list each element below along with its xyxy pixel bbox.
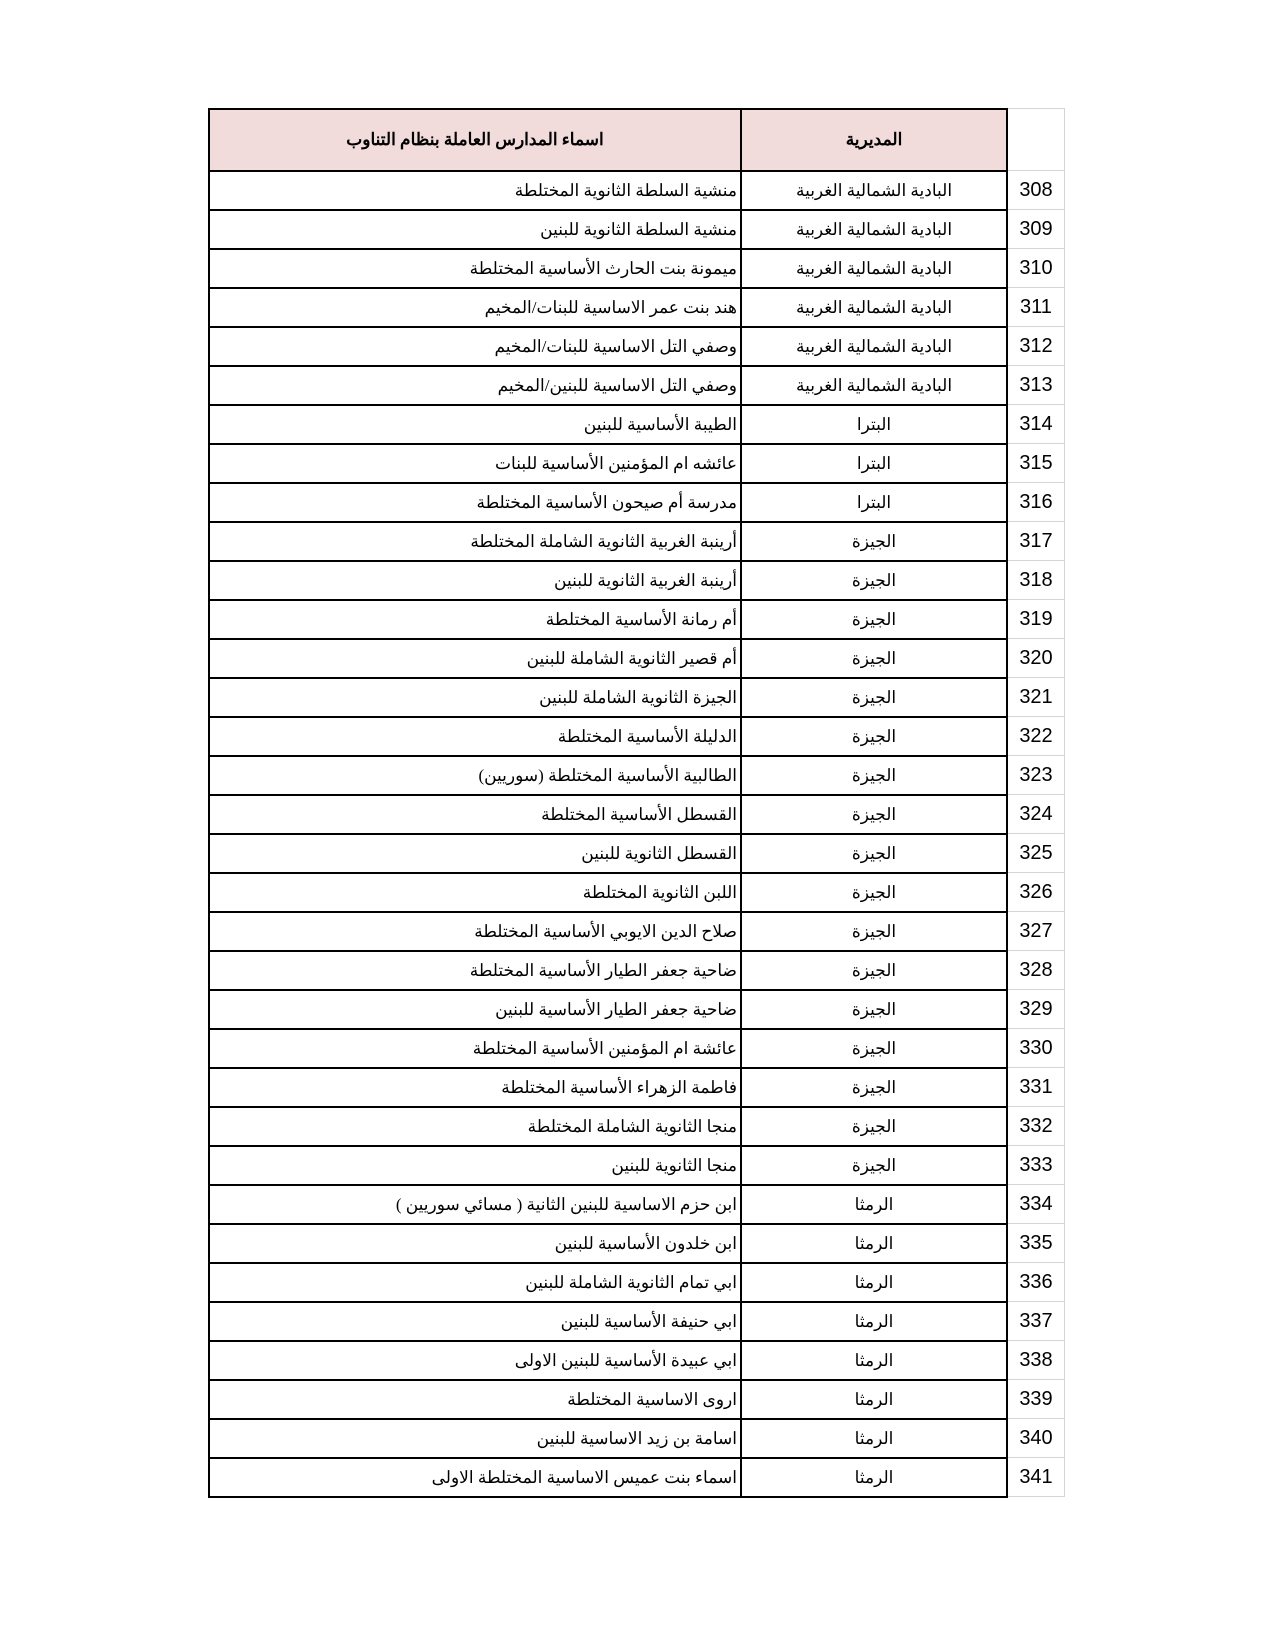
school-name-cell: ضاحية جعفر الطيار الأساسية المختلطة [210,952,740,989]
row-number-cell: 315 [1008,444,1064,483]
directorate-cell: الجيزة [740,640,1006,677]
row-number-cell: 337 [1008,1302,1064,1341]
directorate-cell: الرمثا [740,1342,1006,1379]
school-name-cell: القسطل الأساسية المختلطة [210,796,740,833]
table-row: ميمونة بنت الحارث الأساسية المختلطةالباد… [210,248,1006,287]
directorate-cell: البترا [740,406,1006,443]
row-number-cell: 316 [1008,483,1064,522]
school-name-cell: أم رمانة الأساسية المختلطة [210,601,740,638]
table-row: أم قصير الثانوية الشاملة للبنينالجيزة [210,638,1006,677]
school-name-cell: عائشة ام المؤمنين الأساسية المختلطة [210,1030,740,1067]
directorate-cell: الجيزة [740,874,1006,911]
table-row: عائشة ام المؤمنين الأساسية المختلطةالجيز… [210,1028,1006,1067]
table-row: ابن حزم الاساسية للبنين الثانية ( مسائي … [210,1184,1006,1223]
row-number-spacer-cell [1008,109,1064,171]
directorate-cell: الجيزة [740,679,1006,716]
table-row: الدليلة الأساسية المختلطةالجيزة [210,716,1006,755]
school-name-cell: أرينبة الغربية الثانوية للبنين [210,562,740,599]
school-name-cell: اسامة بن زيد الاساسية للبنين [210,1420,740,1457]
row-number-cell: 314 [1008,405,1064,444]
directorate-cell: الجيزة [740,913,1006,950]
table-row: صلاح الدين الايوبي الأساسية المختلطةالجي… [210,911,1006,950]
school-name-cell: فاطمة الزهراء الأساسية المختلطة [210,1069,740,1106]
school-name-cell: مدرسة أم صيحون الأساسية المختلطة [210,484,740,521]
row-number-cell: 310 [1008,249,1064,288]
directorate-cell: الجيزة [740,1069,1006,1106]
table-row: منجا الثانوية الشاملة المختلطةالجيزة [210,1106,1006,1145]
directorate-cell: الجيزة [740,991,1006,1028]
directorate-cell: الجيزة [740,1108,1006,1145]
row-number-cell: 339 [1008,1380,1064,1419]
table-row: القسطل الأساسية المختلطةالجيزة [210,794,1006,833]
table-row: القسطل الثانوية للبنينالجيزة [210,833,1006,872]
school-name-cell: ابن حزم الاساسية للبنين الثانية ( مسائي … [210,1186,740,1223]
row-number-column: 3083093103113123133143153163173183193203… [1008,108,1065,1497]
directorate-cell: البادية الشمالية الغربية [740,172,1006,209]
school-name-cell: عائشه ام المؤمنين الأساسية للبنات [210,445,740,482]
directorate-cell: الجيزة [740,718,1006,755]
school-name-cell: منجا الثانوية الشاملة المختلطة [210,1108,740,1145]
directorate-cell: الجيزة [740,796,1006,833]
school-name-cell: منشية السلطة الثانوية للبنين [210,211,740,248]
table-row: منشية السلطة الثانوية المختلطةالبادية ال… [210,170,1006,209]
directorate-cell: الجيزة [740,562,1006,599]
school-name-cell: ضاحية جعفر الطيار الأساسية للبنين [210,991,740,1028]
directorate-cell: البترا [740,445,1006,482]
school-name-cell: منشية السلطة الثانوية المختلطة [210,172,740,209]
school-name-cell: اسماء بنت عميس الاساسية المختلطة الاولى [210,1459,740,1496]
table-row: الطالبية الأساسية المختلطة (سوريين)الجيز… [210,755,1006,794]
header-school-names: اسماء المدارس العاملة بنظام التناوب [210,110,740,170]
directorate-cell: البادية الشمالية الغربية [740,211,1006,248]
school-name-cell: اروى الاساسية المختلطة [210,1381,740,1418]
table-row: ضاحية جعفر الطيار الأساسية للبنينالجيزة [210,989,1006,1028]
school-name-cell: صلاح الدين الايوبي الأساسية المختلطة [210,913,740,950]
school-name-cell: وصفي التل الاساسية للبنات/المخيم [210,328,740,365]
school-name-cell: منجا الثانوية للبنين [210,1147,740,1184]
row-number-cell: 332 [1008,1107,1064,1146]
directorate-cell: الرمثا [740,1225,1006,1262]
school-name-cell: الطيبة الأساسية للبنين [210,406,740,443]
school-name-cell: الدليلة الأساسية المختلطة [210,718,740,755]
table-row: فاطمة الزهراء الأساسية المختلطةالجيزة [210,1067,1006,1106]
row-number-cell: 334 [1008,1185,1064,1224]
table-row: عائشه ام المؤمنين الأساسية للبناتالبترا [210,443,1006,482]
row-number-cell: 318 [1008,561,1064,600]
row-number-cell: 322 [1008,717,1064,756]
directorate-cell: البترا [740,484,1006,521]
table-row: هند بنت عمر الاساسية للبنات/المخيمالبادي… [210,287,1006,326]
school-name-cell: الطالبية الأساسية المختلطة (سوريين) [210,757,740,794]
row-number-cell: 335 [1008,1224,1064,1263]
schools-table: اسماء المدارس العاملة بنظام التناوب المد… [208,108,1008,1498]
row-number-cell: 330 [1008,1029,1064,1068]
table-row: أرينبة الغربية الثانوية للبنينالجيزة [210,560,1006,599]
table-row: ابي تمام الثانوية الشاملة للبنينالرمثا [210,1262,1006,1301]
table-row: منجا الثانوية للبنينالجيزة [210,1145,1006,1184]
table-row: أم رمانة الأساسية المختلطةالجيزة [210,599,1006,638]
row-number-cell: 317 [1008,522,1064,561]
table-row: اسماء بنت عميس الاساسية المختلطة الاولىا… [210,1457,1006,1496]
row-number-cell: 323 [1008,756,1064,795]
row-number-cell: 311 [1008,288,1064,327]
row-number-cell: 336 [1008,1263,1064,1302]
directorate-cell: البادية الشمالية الغربية [740,289,1006,326]
directorate-cell: الجيزة [740,1030,1006,1067]
school-name-cell: اللبن الثانوية المختلطة [210,874,740,911]
directorate-cell: الجيزة [740,952,1006,989]
school-name-cell: ميمونة بنت الحارث الأساسية المختلطة [210,250,740,287]
school-name-cell: القسطل الثانوية للبنين [210,835,740,872]
row-number-cell: 321 [1008,678,1064,717]
header-directorate: المديرية [740,110,1006,170]
directorate-cell: البادية الشمالية الغربية [740,328,1006,365]
row-number-cell: 308 [1008,171,1064,210]
directorate-cell: الجيزة [740,757,1006,794]
directorate-cell: الرمثا [740,1420,1006,1457]
row-number-cell: 338 [1008,1341,1064,1380]
directorate-cell: الجيزة [740,523,1006,560]
table-row: وصفي التل الاساسية للبنات/المخيمالبادية … [210,326,1006,365]
row-number-cell: 341 [1008,1458,1064,1497]
table-row: الطيبة الأساسية للبنينالبترا [210,404,1006,443]
school-name-cell: الجيزة الثانوية الشاملة للبنين [210,679,740,716]
row-number-cell: 319 [1008,600,1064,639]
row-number-cell: 331 [1008,1068,1064,1107]
school-name-cell: ابي تمام الثانوية الشاملة للبنين [210,1264,740,1301]
table-row: اروى الاساسية المختلطةالرمثا [210,1379,1006,1418]
school-name-cell: هند بنت عمر الاساسية للبنات/المخيم [210,289,740,326]
document-page: اسماء المدارس العاملة بنظام التناوب المد… [0,0,1275,1650]
table-row: وصفي التل الاساسية للبنين/المخيمالبادية … [210,365,1006,404]
table-row: ضاحية جعفر الطيار الأساسية المختلطةالجيز… [210,950,1006,989]
table-row: اسامة بن زيد الاساسية للبنينالرمثا [210,1418,1006,1457]
row-number-cell: 325 [1008,834,1064,873]
row-number-cell: 340 [1008,1419,1064,1458]
table-row: ابن خلدون الأساسية للبنينالرمثا [210,1223,1006,1262]
table-header-row: اسماء المدارس العاملة بنظام التناوب المد… [210,110,1006,170]
row-number-cell: 313 [1008,366,1064,405]
directorate-cell: الرمثا [740,1264,1006,1301]
school-name-cell: أم قصير الثانوية الشاملة للبنين [210,640,740,677]
directorate-cell: الرمثا [740,1186,1006,1223]
directorate-cell: الرمثا [740,1303,1006,1340]
school-name-cell: ابي عبيدة الأساسية للبنين الاولى [210,1342,740,1379]
directorate-cell: الجيزة [740,1147,1006,1184]
row-number-cell: 309 [1008,210,1064,249]
row-number-cell: 326 [1008,873,1064,912]
row-number-cell: 328 [1008,951,1064,990]
table-row: منشية السلطة الثانوية للبنينالبادية الشم… [210,209,1006,248]
table-row: ابي عبيدة الأساسية للبنين الاولىالرمثا [210,1340,1006,1379]
directorate-cell: الجيزة [740,835,1006,872]
school-name-cell: ابي حنيفة الأساسية للبنين [210,1303,740,1340]
table-row: اللبن الثانوية المختلطةالجيزة [210,872,1006,911]
directorate-cell: الرمثا [740,1459,1006,1496]
school-name-cell: أرينبة الغربية الثانوية الشاملة المختلطة [210,523,740,560]
table-body: منشية السلطة الثانوية المختلطةالبادية ال… [210,170,1006,1496]
row-number-cell: 320 [1008,639,1064,678]
directorate-cell: الرمثا [740,1381,1006,1418]
row-number-cell: 327 [1008,912,1064,951]
row-number-cell: 329 [1008,990,1064,1029]
table-row: أرينبة الغربية الثانوية الشاملة المختلطة… [210,521,1006,560]
school-name-cell: ابن خلدون الأساسية للبنين [210,1225,740,1262]
table-row: مدرسة أم صيحون الأساسية المختلطةالبترا [210,482,1006,521]
row-number-cell: 333 [1008,1146,1064,1185]
directorate-cell: البادية الشمالية الغربية [740,367,1006,404]
table-row: ابي حنيفة الأساسية للبنينالرمثا [210,1301,1006,1340]
row-number-cell: 312 [1008,327,1064,366]
row-number-cell: 324 [1008,795,1064,834]
table-row: الجيزة الثانوية الشاملة للبنينالجيزة [210,677,1006,716]
directorate-cell: الجيزة [740,601,1006,638]
school-name-cell: وصفي التل الاساسية للبنين/المخيم [210,367,740,404]
directorate-cell: البادية الشمالية الغربية [740,250,1006,287]
